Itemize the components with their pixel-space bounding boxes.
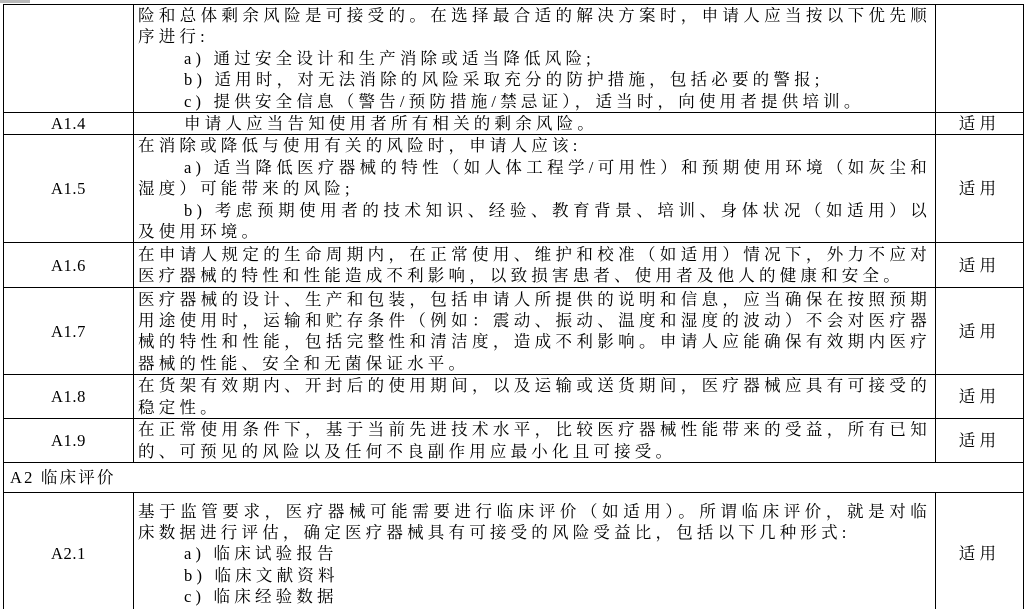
requirement-paragraph: 基于监管要求，医疗器械可能需要进行临床评价（如适用）。所谓临床评价，就是对临床数… [138, 501, 931, 544]
requirements-table: 险和总体剩余风险是可接受的。在选择最合适的解决方案时，申请人应当按以下优先顺序进… [3, 4, 1024, 609]
applicability-cell [936, 5, 1024, 113]
list-item-c: c) 提供安全信息（警告/预防措施/禁忌证），适当时，向使用者提供培训。 [138, 91, 931, 112]
requirement-id-cell: A1.8 [4, 375, 134, 419]
table-row: A1.9 在正常使用条件下，基于当前先进技术水平，比较医疗器械性能带来的受益，所… [4, 419, 1024, 463]
applicability-cell: 适用 [936, 375, 1024, 419]
applicability-cell: 适用 [936, 135, 1024, 243]
applicability-cell: 适用 [936, 113, 1024, 135]
table-row: A1.5 在消除或降低与使用有关的风险时，申请人应该: a) 适当降低医疗器械的… [4, 135, 1024, 243]
table-row: A1.7 医疗器械的设计、生产和包装，包括申请人所提供的说明和信息，应当确保在按… [4, 288, 1024, 375]
list-item-c: c) 临床经验数据 [138, 586, 931, 607]
requirement-paragraph: 在申请人规定的生命周期内，在正常使用、维护和校准（如适用）情况下，外力不应对医疗… [138, 244, 931, 287]
requirement-id-cell: A1.5 [4, 135, 134, 243]
list-item-b: b) 临床文献资料 [138, 565, 931, 586]
requirement-text-cell: 基于监管要求，医疗器械可能需要进行临床评价（如适用）。所谓临床评价，就是对临床数… [134, 493, 936, 609]
section-title: A2 临床评价 [4, 463, 1024, 493]
requirement-text-cell: 在申请人规定的生命周期内，在正常使用、维护和校准（如适用）情况下，外力不应对医疗… [134, 243, 936, 288]
applicability-cell: 适用 [936, 419, 1024, 463]
requirement-paragraph: 医疗器械的设计、生产和包装，包括申请人所提供的说明和信息，应当确保在按照预期用途… [138, 289, 931, 375]
requirement-paragraph: 在消除或降低与使用有关的风险时，申请人应该: [138, 135, 931, 156]
list-item-b: b) 适用时，对无法消除的风险采取充分的防护措施，包括必要的警报; [138, 69, 931, 90]
requirement-text-cell: 险和总体剩余风险是可接受的。在选择最合适的解决方案时，申请人应当按以下优先顺序进… [134, 5, 936, 113]
requirement-paragraph: 在货架有效期内、开封后的使用期间，以及运输或送货期间，医疗器械应具有可接受的稳定… [138, 375, 931, 418]
list-item-b: b) 考虑预期使用者的技术知识、经验、教育背景、培训、身体状况（如适用）以及使用… [138, 200, 931, 243]
requirement-id-cell: A1.9 [4, 419, 134, 463]
requirement-text-cell: 在消除或降低与使用有关的风险时，申请人应该: a) 适当降低医疗器械的特性（如人… [134, 135, 936, 243]
requirement-id-cell [4, 5, 134, 113]
table-row: A1.4 申请人应当告知使用者所有相关的剩余风险。 适用 [4, 113, 1024, 135]
list-item-a: a) 适当降低医疗器械的特性（如人体工程学/可用性）和预期使用环境（如灰尘和湿度… [138, 157, 931, 200]
requirement-text-cell: 在正常使用条件下，基于当前先进技术水平，比较医疗器械性能带来的受益，所有已知的、… [134, 419, 936, 463]
requirement-text-cell: 申请人应当告知使用者所有相关的剩余风险。 [134, 113, 936, 135]
requirement-id-cell: A2.1 [4, 493, 134, 609]
table-row: A1.6 在申请人规定的生命周期内，在正常使用、维护和校准（如适用）情况下，外力… [4, 243, 1024, 288]
requirement-paragraph: 在正常使用条件下，基于当前先进技术水平，比较医疗器械性能带来的受益，所有已知的、… [138, 419, 931, 462]
requirement-text-cell: 医疗器械的设计、生产和包装，包括申请人所提供的说明和信息，应当确保在按照预期用途… [134, 288, 936, 375]
table-row: A2.1 基于监管要求，医疗器械可能需要进行临床评价（如适用）。所谓临床评价，就… [4, 493, 1024, 609]
section-header-row: A2 临床评价 [4, 463, 1024, 493]
applicability-cell: 适用 [936, 243, 1024, 288]
list-item-a: a) 临床试验报告 [138, 543, 931, 564]
requirement-text-cell: 在货架有效期内、开封后的使用期间，以及运输或送货期间，医疗器械应具有可接受的稳定… [134, 375, 936, 419]
requirement-id-cell: A1.4 [4, 113, 134, 135]
applicability-cell: 适用 [936, 288, 1024, 375]
requirement-id-cell: A1.7 [4, 288, 134, 375]
requirement-id-cell: A1.6 [4, 243, 134, 288]
list-item-a: a) 通过安全设计和生产消除或适当降低风险; [138, 48, 931, 69]
requirement-paragraph: 申请人应当告知使用者所有相关的剩余风险。 [138, 113, 931, 134]
requirement-paragraph: 险和总体剩余风险是可接受的。在选择最合适的解决方案时，申请人应当按以下优先顺序进… [138, 5, 931, 48]
applicability-cell: 适用 [936, 493, 1024, 609]
table-row: 险和总体剩余风险是可接受的。在选择最合适的解决方案时，申请人应当按以下优先顺序进… [4, 5, 1024, 113]
scan-artifact [0, 0, 30, 3]
table-row: A1.8 在货架有效期内、开封后的使用期间，以及运输或送货期间，医疗器械应具有可… [4, 375, 1024, 419]
